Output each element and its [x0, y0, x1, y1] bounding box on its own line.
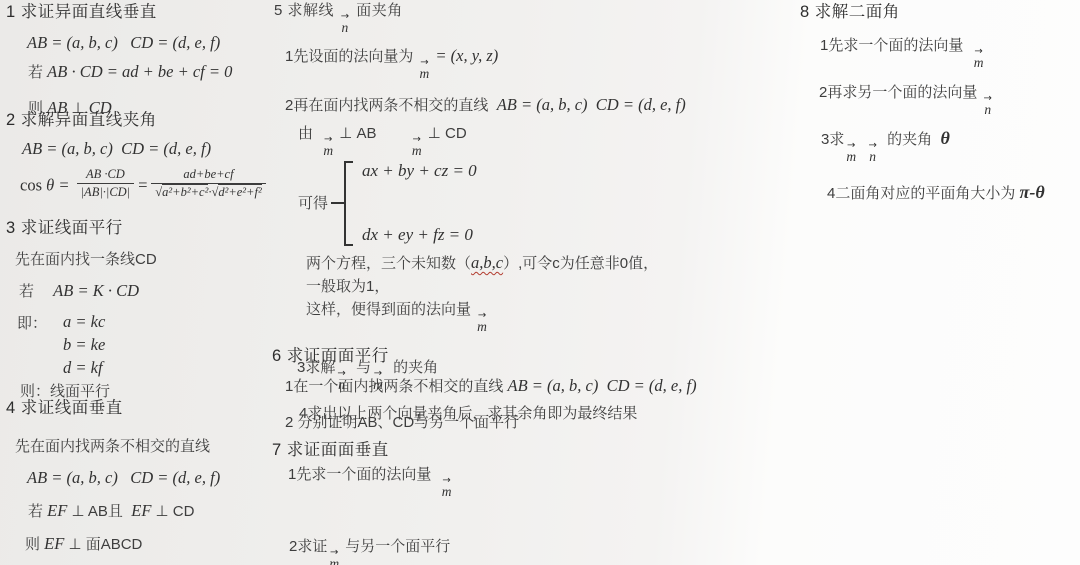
vector-letter: n	[984, 103, 991, 117]
sqrt-radicand: a²+b²+c²	[162, 184, 208, 199]
note-line: AB = (a, b, c) CD = (d, e, f)	[27, 31, 288, 55]
section-lines: 1先求一个面的法向量 →m2求证→m 与另一个面平行	[272, 463, 750, 565]
section-prove-plane-plane-perpendicular: 7 求证面面垂直 1先求一个面的法向量 →m2求证→m 与另一个面平行	[272, 440, 750, 565]
math-run: AB = (a, b, c) CD = (d, e, f)	[27, 468, 220, 487]
note-line: 先在面内找两条不相交的直线	[15, 435, 288, 458]
math-run: EF	[47, 501, 71, 520]
math-run: θ	[941, 128, 950, 148]
text-run: 面夹角	[352, 2, 403, 19]
note-line: 若 AB · CD = ad + be + cf = 0	[28, 60, 288, 84]
section-lines: 先在面内找一条线CD若 AB = K · CD即：a = kcb = ked =…	[6, 248, 288, 402]
section-title: 6 求证面面平行	[272, 346, 750, 367]
text-run: 即：	[17, 315, 47, 332]
equation: d = kf	[63, 359, 105, 378]
text-run	[858, 131, 866, 148]
text-run: ⊥ CD	[156, 503, 195, 520]
text-run: 这样，便得到面的法向量	[306, 301, 475, 318]
text-run: 3求	[821, 131, 844, 148]
section-title: 2 求解异面直线夹角	[6, 110, 288, 131]
text-run: ）,可令c为任意非0值，	[503, 255, 658, 272]
equation-system: 可得ax + by + cz = 0dx + ey + fz = 0	[298, 161, 477, 246]
note-line: 3求→m →n 的夹角 θ	[821, 125, 1078, 164]
text-run: 2求证	[289, 538, 327, 555]
note-line: cos θ = AB ·CD|AB|·|CD|=ad+be+cf√a²+b²+c…	[20, 170, 288, 203]
text-run: 一般取为1，	[306, 278, 389, 295]
text-run: ⊥ AB且	[71, 503, 131, 520]
text-run: 若	[28, 503, 47, 520]
section-lines: AB = (a, b, c) CD = (d, e, f)若 AB · CD =…	[6, 31, 288, 120]
note-line: AB = (a, b, c) CD = (d, e, f)	[22, 137, 288, 161]
vector-m: →m	[477, 312, 487, 334]
text-run: 5 求解线	[274, 2, 339, 19]
fraction: AB ·CD|AB|·|CD|	[77, 167, 135, 200]
math-run: AB = K · CD	[53, 281, 139, 300]
text-run: 的夹角	[879, 131, 941, 148]
equation: ax + by + cz = 0	[362, 162, 477, 181]
note-line: 若 AB = K · CD	[19, 279, 288, 303]
note-line: 可得ax + by + cz = 0dx + ey + fz = 0	[298, 161, 750, 246]
math-run: AB = (a, b, c) CD = (d, e, f)	[27, 33, 220, 52]
math-run: AB = (a, b, c) CD = (d, e, f)	[497, 95, 686, 114]
text-run: ⊥ 面ABCD	[68, 536, 142, 553]
equation: dx + ey + fz = 0	[362, 226, 477, 245]
section-title: 8 求解二面角	[800, 2, 1078, 23]
vector-m: →m	[420, 59, 430, 81]
section-title: 3 求证线面平行	[6, 218, 288, 239]
text-run: 2再在面内找两条不相交的直线	[285, 97, 497, 114]
vector-m: →m	[329, 549, 339, 565]
fraction-denominator: √a²+b²+c²·√d²+e²+f²	[151, 183, 265, 200]
math-run: AB = (a, b, c) CD = (d, e, f)	[22, 139, 211, 158]
text-run: 由	[298, 125, 321, 142]
section-prove-line-plane-parallel: 3 求证线面平行 先在面内找一条线CD若 AB = K · CD即：a = kc…	[6, 218, 288, 403]
vector-letter: m	[477, 320, 487, 334]
vector-letter: m	[329, 557, 339, 565]
vector-letter: m	[412, 144, 422, 158]
section-title: 1 求证异面直线垂直	[6, 2, 288, 23]
vector-m: →m	[412, 136, 422, 158]
note-line: 两个方程，三个未知数（a,b,c）,可令c为任意非0值，	[306, 251, 750, 275]
equation-stack: a = kcb = ked = kf	[63, 313, 105, 378]
left-brace	[344, 161, 353, 246]
section-prove-line-plane-perpendicular: 4 求证线面垂直 先在面内找两条不相交的直线AB = (a, b, c) CD …	[6, 398, 288, 556]
section-prove-plane-plane-parallel: 6 求证面面平行 1在一个面内找两条不相交的直线 AB = (a, b, c) …	[272, 346, 750, 434]
text-run: ⊥ AB	[335, 125, 410, 142]
vector-letter: m	[442, 485, 452, 499]
text-run: 若	[28, 64, 47, 81]
section-lines: 先在面内找两条不相交的直线AB = (a, b, c) CD = (d, e, …	[6, 435, 288, 556]
section-prove-skew-lines-perpendicular: 1 求证异面直线垂直 AB = (a, b, c) CD = (d, e, f)…	[6, 2, 288, 120]
note-line: 1在一个面内找两条不相交的直线 AB = (a, b, c) CD = (d, …	[285, 374, 750, 398]
note-line: 若 EF ⊥ AB且 EF ⊥ CD	[28, 499, 288, 523]
math-run: |AB|·|CD|	[81, 185, 131, 200]
math-run: =	[137, 175, 148, 194]
sqrt-expression: √a²+b²+c²	[155, 185, 208, 200]
text-run: 两个方程，三个未知数（	[306, 255, 471, 272]
math-run: EF	[131, 501, 155, 520]
equation: a = kc	[63, 313, 105, 332]
sqrt-radicand: d²+e²+f²	[218, 184, 261, 199]
section-solve-skew-lines-angle: 2 求解异面直线夹角 AB = (a, b, c) CD = (d, e, f)…	[6, 110, 288, 203]
section-lines: 1先求一个面的法向量 →m2再求另一个面的法向量 →n3求→m →n 的夹角 θ…	[800, 34, 1078, 205]
section-solve-dihedral-angle: 8 求解二面角 1先求一个面的法向量 →m2再求另一个面的法向量 →n3求→m …	[800, 2, 1078, 205]
section-lines: AB = (a, b, c) CD = (d, e, f)cos θ = AB …	[6, 137, 288, 202]
math-run: AB · CD = ad + be + cf = 0	[47, 62, 232, 81]
text-run: 先在面内找一条线CD	[15, 251, 157, 268]
math-run: = (x, y, z)	[431, 46, 498, 65]
math-run: =	[54, 175, 73, 194]
text-run: 与另一个面平行	[341, 538, 450, 555]
math-run: AB = (a, b, c) CD = (d, e, f)	[508, 376, 697, 395]
text-run: 2 分别证明AB、CD与另一个面平行	[285, 414, 519, 431]
note-line: 由 →m ⊥ AB →m ⊥ CD	[298, 122, 750, 158]
note-line: 4二面角对应的平面角大小为 π-θ	[827, 179, 1078, 205]
text-run: ⊥ CD	[424, 125, 467, 142]
vector-m: →m	[323, 136, 333, 158]
note-line: 这样，便得到面的法向量 →m	[306, 298, 750, 334]
notes-page: { "page": { "bg_left": "#ebeae8", "bg_ri…	[0, 0, 1080, 565]
vector-n: →n	[868, 142, 876, 164]
equation: b = ke	[63, 336, 105, 355]
fraction-denominator: |AB|·|CD|	[77, 183, 135, 200]
sqrt-expression: √d²+e²+f²	[211, 185, 261, 200]
fraction-numerator: AB ·CD	[82, 167, 129, 183]
text-run: 2再求另一个面的法向量	[819, 84, 982, 101]
vector-m: →m	[442, 477, 452, 499]
math-run: cos	[20, 175, 46, 194]
text-run: 1先设面的法向量为	[285, 48, 418, 65]
vector-letter: m	[846, 150, 856, 164]
text-run: 则	[25, 536, 44, 553]
note-line: 一般取为1，	[306, 275, 750, 298]
text-run: 先在面内找两条不相交的直线	[15, 438, 210, 455]
system-equations: ax + by + cz = 0dx + ey + fz = 0	[353, 161, 477, 246]
note-line: 1先求一个面的法向量 →m	[288, 463, 750, 499]
vector-m: →m	[846, 142, 856, 164]
text-run: 1先求一个面的法向量	[288, 466, 440, 483]
note-line: 2 分别证明AB、CD与另一个面平行	[285, 411, 750, 434]
note-line: 2再在面内找两条不相交的直线 AB = (a, b, c) CD = (d, e…	[285, 93, 750, 117]
fraction: ad+be+cf√a²+b²+c²·√d²+e²+f²	[151, 167, 265, 200]
section-lines: 1在一个面内找两条不相交的直线 AB = (a, b, c) CD = (d, …	[272, 374, 750, 433]
note-line: 1先设面的法向量为 →m = (x, y, z)	[285, 44, 750, 81]
section-title: 7 求证面面垂直	[272, 440, 750, 461]
section-title: 4 求证线面垂直	[6, 398, 288, 419]
vector-letter: n	[342, 21, 349, 35]
notes-column-right: 8 求解二面角 1先求一个面的法向量 →m2再求另一个面的法向量 →n3求→m …	[800, 0, 1078, 565]
text-run: 1先求一个面的法向量	[820, 37, 972, 54]
vector-letter: m	[323, 144, 333, 158]
vector-n: →n	[341, 13, 350, 35]
notes-column-left: 1 求证异面直线垂直 AB = (a, b, c) CD = (d, e, f)…	[6, 0, 288, 565]
note-line: 先在面内找一条线CD	[15, 248, 288, 271]
note-line: 则 EF ⊥ 面ABCD	[25, 532, 288, 556]
vector-n: →n	[984, 95, 992, 117]
vector-letter: m	[420, 67, 430, 81]
math-run: AB ·CD	[86, 167, 125, 182]
note-line: 1先求一个面的法向量 →m	[820, 34, 1078, 70]
text-run: 1在一个面内找两条不相交的直线	[285, 378, 508, 395]
system-label: 可得	[298, 193, 328, 215]
vector-letter: n	[869, 150, 876, 164]
fraction-numerator: ad+be+cf	[179, 167, 237, 183]
brace-connector	[331, 202, 344, 204]
math-run: ad+be+cf	[183, 167, 233, 182]
text-run: 若	[19, 283, 53, 300]
wavy-underlined-term: a,b,c	[471, 253, 503, 272]
math-run: EF	[44, 534, 68, 553]
notes-column-middle: 5 求解线 →n 面夹角1先设面的法向量为 →m = (x, y, z)2再在面…	[272, 0, 750, 565]
note-line: AB = (a, b, c) CD = (d, e, f)	[27, 466, 288, 490]
section-title: 5 求解线 →n 面夹角	[274, 0, 750, 35]
vector-letter: m	[974, 56, 984, 70]
note-line: 2求证→m 与另一个面平行	[289, 535, 750, 565]
math-run: π-θ	[1020, 182, 1045, 202]
note-line: 即：a = kcb = ked = kf	[17, 312, 288, 377]
note-line: 2再求另一个面的法向量 →n	[819, 81, 1078, 117]
vector-m: →m	[974, 48, 984, 70]
radical-sign: √	[155, 185, 162, 199]
text-run: 4二面角对应的平面角大小为	[827, 185, 1020, 202]
